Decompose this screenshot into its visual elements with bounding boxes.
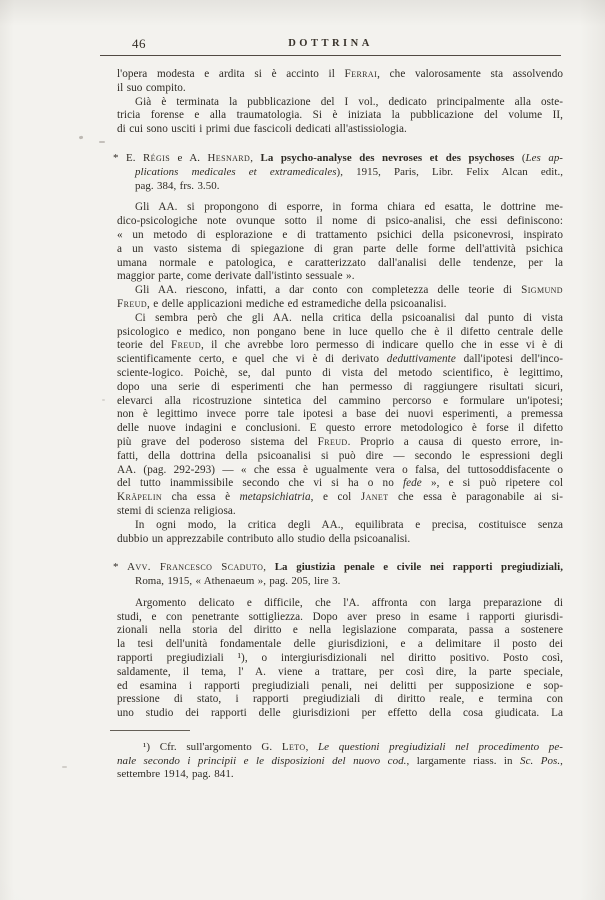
paragraph-block: Già è terminata la pubblicazione del I v…: [117, 96, 563, 137]
pencil-mark: [79, 136, 83, 139]
text-line: nale secondo i principii e le disposizio…: [117, 755, 563, 769]
text-segment: Janet: [361, 491, 389, 503]
text-segment: maggior parte, come derivate dall'istint…: [117, 270, 355, 282]
paragraph-block: Gli AA. riescono, infatti, a dar conto c…: [117, 284, 563, 312]
text-segment: del tutto inammissibile secondo che vi s…: [117, 477, 403, 489]
text-segment: . Proprio a causa di questo errore, in-: [348, 436, 563, 448]
text-line: rapporti pregiudiziali ¹), o intergiuris…: [117, 652, 563, 666]
text-segment: la tesi dell'unità fondamentale delle gi…: [117, 638, 563, 650]
text-line: dopo una serie di esperimenti che han pe…: [117, 381, 563, 395]
text-segment: ¹) Cfr. sull'argomento G.: [143, 741, 282, 753]
text-segment: « un metodo di esplorazione e di trattam…: [117, 229, 563, 241]
text-segment: zionali nella storia del diritto e nella…: [117, 624, 563, 636]
text-line: sciente-logico. Poichè, se, dal punto di…: [117, 367, 563, 381]
running-header: DOTTRINA: [100, 38, 561, 49]
paragraph-block: Argomento delicato e difficile, che l'A.…: [117, 597, 563, 721]
text-segment: Sigmund: [521, 284, 563, 296]
text-segment: tricia forense e alla traumatologia. Si …: [117, 109, 563, 121]
text-segment: Gli AA. si propongono di esporre, in for…: [135, 201, 563, 213]
text-line: dubbio un apprezzabile contributo allo s…: [117, 533, 563, 547]
text-segment: ,: [306, 741, 318, 753]
text-line: Kräpelin cha essa è metapsichiatria, e c…: [117, 491, 563, 505]
text-segment: Già è terminata la pubblicazione del I v…: [135, 96, 563, 108]
text-segment: ,: [263, 561, 274, 573]
text-line: umana normale e patologica, e caratteriz…: [117, 257, 563, 271]
text-segment: Ferrai: [345, 68, 378, 80]
text-line: tricia forense e alla traumatologia. Si …: [117, 109, 563, 123]
paragraph-block: l'opera modesta e ardita si è accinto il…: [117, 68, 563, 96]
text-segment: », e si può ripetere col: [422, 477, 563, 489]
text-segment: uno studio dei rapporti delle giurisdizi…: [117, 707, 563, 719]
text-line: settembre 1914, pag. 841.: [117, 768, 563, 782]
text-line: uno studio dei rapporti delle giurisdizi…: [117, 707, 563, 721]
pencil-mark: [62, 766, 67, 768]
text-line: delle nuove indagini e conclusioni. E qu…: [117, 422, 563, 436]
text-segment: , e col: [311, 491, 361, 503]
text-line: Roma, 1915, « Athenaeum », pag. 205, lir…: [135, 575, 563, 589]
text-line: stemi di scienza religiosa.: [117, 505, 563, 519]
text-segment: settembre 1914, pag. 841.: [117, 768, 234, 780]
text-line: fatti, della dottrina della psicoanalisi…: [117, 450, 563, 464]
text-line: l'opera modesta e ardita si è accinto il…: [117, 68, 563, 82]
text-segment: fede: [403, 477, 422, 489]
text-segment: Gli AA. riescono, infatti, a dar conto c…: [135, 284, 521, 296]
text-segment: studi, e con penetrante sottigliezza. Do…: [117, 611, 563, 623]
text-segment: Leto: [282, 741, 306, 753]
text-segment: Régis: [143, 152, 170, 164]
text-segment: dico-psicologiche note ovunque sotto il …: [117, 215, 563, 227]
text-segment: (: [514, 152, 525, 164]
text-segment: Hesnard: [208, 152, 251, 164]
text-segment: Sc. Pos.: [520, 755, 560, 767]
text-line: Già è terminata la pubblicazione del I v…: [117, 96, 563, 110]
text-segment: Freud: [117, 298, 147, 310]
text-line: non è legittimo invece porre tale ipotes…: [117, 408, 563, 422]
text-line: Gli AA. si propongono di esporre, in for…: [117, 201, 563, 215]
text-segment: La giustizia penale e civile nei rapport…: [275, 561, 563, 573]
text-segment: ,: [560, 755, 563, 767]
text-segment: , e delle applicazioni mediche ed estram…: [147, 298, 446, 310]
text-segment: che essa è paragonabile ai si-: [389, 491, 563, 503]
bibliography-entry: * E. Régis e A. Hesnard, La psycho-analy…: [135, 152, 563, 193]
text-segment: metapsichiatria: [240, 491, 311, 503]
text-line: ed esamina i rapporti pregiudiziali pena…: [117, 680, 563, 694]
text-segment: e A.: [170, 152, 208, 164]
text-segment: Roma, 1915, « Athenaeum », pag. 205, lir…: [135, 575, 340, 587]
text-line: del tutto inammissibile secondo che vi s…: [117, 477, 563, 491]
text-segment: umana normale e patologica, e caratteriz…: [117, 257, 563, 269]
text-segment: , che valorosamente sta assolvendo: [377, 68, 563, 80]
text-line: * E. Régis e A. Hesnard, La psycho-analy…: [135, 152, 563, 166]
text-line: * Avv. Francesco Scaduto, La giustizia p…: [135, 561, 563, 575]
text-line: pag. 384, frs. 3.50.: [135, 180, 563, 194]
text-segment: rapporti pregiudiziali ¹), o intergiuris…: [117, 652, 563, 664]
text-line: Ci sembra però che gli AA. nella critica…: [117, 312, 563, 326]
text-line: Argomento delicato e difficile, che l'A.…: [117, 597, 563, 611]
text-segment: Argomento delicato e difficile, che l'A.…: [135, 597, 563, 609]
text-segment: fatti, della dottrina della psicoanalisi…: [117, 450, 563, 462]
text-segment: pressione di stato, i rapporti pregiudiz…: [117, 693, 563, 705]
text-line: pressione di stato, i rapporti pregiudiz…: [117, 693, 563, 707]
text-segment: , largamente riass. in: [406, 755, 520, 767]
text-line: zionali nella storia del diritto e nella…: [117, 624, 563, 638]
text-segment: psicologico e medico, non pongano bene i…: [117, 326, 563, 338]
paragraph-block: Gli AA. si propongono di esporre, in for…: [117, 201, 563, 284]
text-line: psicologico e medico, non pongano bene i…: [117, 326, 563, 340]
text-line: Gli AA. riescono, infatti, a dar conto c…: [117, 284, 563, 298]
text-segment: ,: [250, 152, 260, 164]
text-segment: teorie del: [117, 339, 171, 351]
text-segment: stemi di scienza religiosa.: [117, 505, 236, 517]
scanned-book-page: 46 DOTTRINA l'opera modesta e ardita si …: [0, 0, 605, 900]
text-segment: * E.: [113, 152, 143, 164]
text-segment: saldamente, il tema, l' A. viene a tratt…: [117, 666, 563, 678]
text-line: AA. (pag. 292-293) — « che essa è ugualm…: [117, 464, 563, 478]
text-segment: ), 1915, Paris, Libr. Felix Alcan edit.,: [337, 166, 563, 178]
text-segment: pag. 384, frs. 3.50.: [135, 180, 219, 192]
text-line: a un vasto sistema di spiegazione di gra…: [117, 243, 563, 257]
text-segment: dopo una serie di esperimenti che han pe…: [117, 381, 563, 393]
text-segment: La psycho-analyse des nevroses et des ps…: [261, 152, 515, 164]
text-segment: In ogni modo, la critica degli AA., equi…: [135, 519, 563, 531]
text-segment: elevarci alla ricostruzione sintetica de…: [117, 395, 563, 407]
text-line: scientificamente certo, e quel che vi è …: [117, 353, 563, 367]
text-line: ¹) Cfr. sull'argomento G. Leto, Le quest…: [117, 741, 563, 755]
text-segment: di cui sono usciti i primi due fascicoli…: [117, 123, 407, 135]
footnote: ¹) Cfr. sull'argomento G. Leto, Le quest…: [117, 741, 563, 782]
text-line: studi, e con penetrante sottigliezza. Do…: [117, 611, 563, 625]
text-segment: sciente-logico. Poichè, se, dal punto di…: [117, 367, 563, 379]
text-segment: dall'ipotesi dell'inco-: [456, 353, 563, 365]
text-line: elevarci alla ricostruzione sintetica de…: [117, 395, 563, 409]
smudge-mark: [102, 399, 105, 401]
text-segment: Ci sembra però che gli AA. nella critica…: [135, 312, 563, 324]
text-segment: il suo compito.: [117, 82, 186, 94]
text-segment: Les ap-: [526, 152, 563, 164]
text-segment: AA. (pag. 292-293) — « che essa è ugualm…: [117, 464, 563, 476]
text-segment: più grave del poderoso sistema del: [117, 436, 318, 448]
header-rule: [100, 55, 561, 56]
text-segment: Avv. Francesco Scaduto: [127, 561, 263, 573]
text-line: In ogni modo, la critica degli AA., equi…: [117, 519, 563, 533]
text-line: saldamente, il tema, l' A. viene a tratt…: [117, 666, 563, 680]
text-line: la tesi dell'unità fondamentale delle gi…: [117, 638, 563, 652]
text-segment: scientificamente certo, e quel che vi è …: [117, 353, 387, 365]
text-segment: dubbio un apprezzabile contributo allo s…: [117, 533, 410, 545]
text-segment: *: [113, 561, 127, 573]
text-segment: nale secondo i principii e le disposizio…: [117, 755, 406, 767]
page-header: 46 DOTTRINA: [100, 36, 561, 52]
text-segment: Le questioni pregiudiziali nel procedime…: [318, 741, 563, 753]
bibliography-entry: * Avv. Francesco Scaduto, La giustizia p…: [135, 561, 563, 589]
text-line: dico-psicologiche note ovunque sotto il …: [117, 215, 563, 229]
paragraph-block: In ogni modo, la critica degli AA., equi…: [117, 519, 563, 547]
footnote-separator: [110, 730, 190, 731]
text-line: di cui sono usciti i primi due fascicoli…: [117, 123, 563, 137]
text-segment: plications medicales et extramedicales: [135, 166, 337, 178]
text-segment: , il che avrebbe loro permesso di indica…: [201, 339, 563, 351]
pencil-mark: [99, 141, 105, 143]
text-column: l'opera modesta e ardita si è accinto il…: [117, 68, 563, 782]
text-line: il suo compito.: [117, 82, 563, 96]
text-line: teorie del Freud, il che avrebbe loro pe…: [117, 339, 563, 353]
text-line: plications medicales et extramedicales),…: [135, 166, 563, 180]
text-segment: deduttivamente: [387, 353, 456, 365]
paragraph-block: Ci sembra però che gli AA. nella critica…: [117, 312, 563, 519]
text-segment: Kräpelin: [117, 491, 162, 503]
text-line: Freud, e delle applicazioni mediche ed e…: [117, 298, 563, 312]
text-segment: a un vasto sistema di spiegazione di gra…: [117, 243, 563, 255]
text-segment: delle nuove indagini e conclusioni. E qu…: [117, 422, 563, 434]
text-segment: Freud: [318, 436, 348, 448]
text-line: più grave del poderoso sistema del Freud…: [117, 436, 563, 450]
text-line: maggior parte, come derivate dall'istint…: [117, 270, 563, 284]
text-segment: non è legittimo invece porre tale ipotes…: [117, 408, 563, 420]
text-segment: l'opera modesta e ardita si è accinto il: [117, 68, 345, 80]
text-segment: cha essa è: [162, 491, 240, 503]
text-segment: ed esamina i rapporti pregiudiziali pena…: [117, 680, 563, 692]
text-line: « un metodo di esplorazione e di trattam…: [117, 229, 563, 243]
text-segment: Freud: [171, 339, 201, 351]
